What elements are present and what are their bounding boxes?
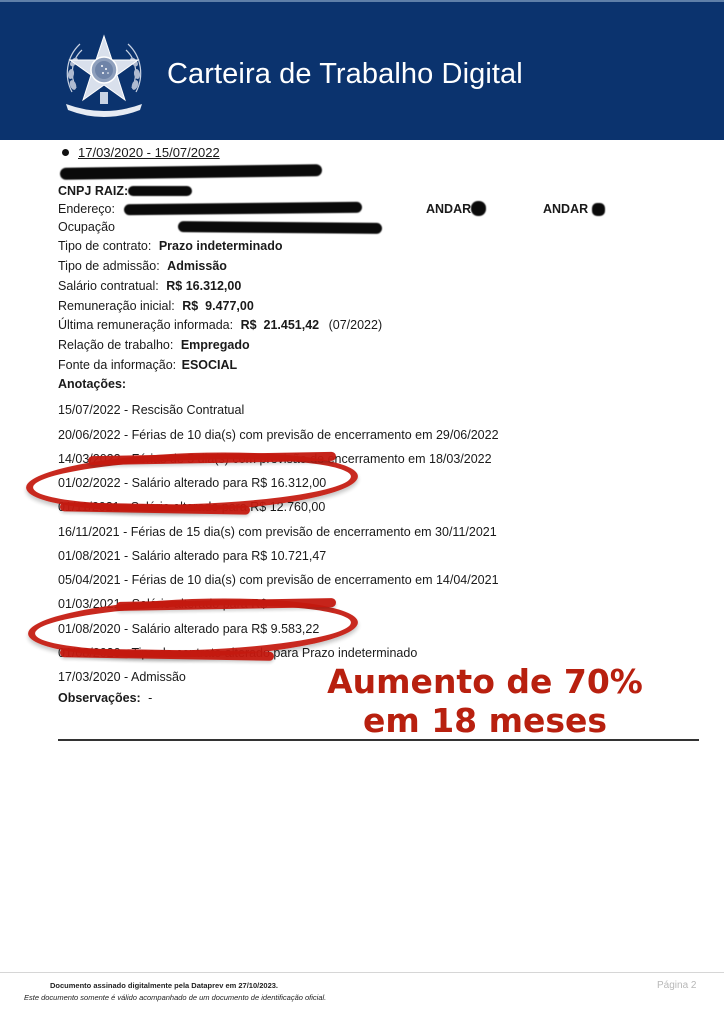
redacted-andar-2 bbox=[592, 203, 605, 216]
observations-row: Observações: - bbox=[58, 691, 152, 705]
footer-divider bbox=[0, 972, 724, 973]
annotation-item: 15/07/2022 - Rescisão Contratual bbox=[58, 403, 244, 417]
app-title: Carteira de Trabalho Digital bbox=[167, 58, 523, 91]
bullet-icon bbox=[62, 149, 69, 156]
occupation-row: Ocupação bbox=[58, 220, 115, 234]
brazil-coat-of-arms-icon bbox=[58, 32, 150, 120]
address-row: Endereço: bbox=[58, 202, 115, 216]
overlay-line-1: Aumento de 70% bbox=[300, 662, 670, 701]
annotation-item: 01/08/2021 - Salário alterado para R$ 10… bbox=[58, 549, 326, 563]
footer-validity-note: Este documento somente é válido acompanh… bbox=[24, 993, 326, 1002]
footer-signature-note: Documento assinado digitalmente pela Dat… bbox=[50, 981, 278, 990]
employment-period-link[interactable]: 17/03/2020 - 15/07/2022 bbox=[78, 145, 220, 160]
annotation-item: 20/06/2022 - Férias de 10 dia(s) com pre… bbox=[58, 428, 499, 442]
redacted-address bbox=[124, 202, 362, 215]
field-initial-remuneration: Remuneração inicial: R$ 9.477,00 bbox=[58, 299, 254, 313]
redacted-occupation bbox=[178, 221, 382, 234]
app-header: Carteira de Trabalho Digital bbox=[0, 0, 724, 140]
redacted-andar-1 bbox=[471, 201, 486, 216]
field-contract-type: Tipo de contrato: Prazo indeterminado bbox=[58, 239, 282, 253]
occupation-label: Ocupação bbox=[58, 220, 115, 234]
employment-period: 17/03/2020 - 15/07/2022 bbox=[62, 145, 220, 160]
field-admission-type: Tipo de admissão: Admissão bbox=[58, 259, 227, 273]
redacted-cnpj bbox=[128, 186, 192, 196]
section-divider bbox=[58, 739, 699, 741]
field-contract-salary: Salário contratual: R$ 16.312,00 bbox=[58, 279, 241, 293]
annotation-item: 16/11/2021 - Férias de 15 dia(s) com pre… bbox=[58, 525, 497, 539]
page-number: Página 2 bbox=[657, 980, 696, 991]
overlay-callout: Aumento de 70% em 18 meses bbox=[300, 662, 670, 740]
redacted-employer-name bbox=[60, 164, 322, 180]
cnpj-label: CNPJ RAIZ: bbox=[58, 184, 128, 198]
annotation-item: 05/04/2021 - Férias de 10 dia(s) com pre… bbox=[58, 573, 499, 587]
overlay-line-2: em 18 meses bbox=[300, 701, 670, 740]
field-last-remuneration: Última remuneração informada: R$ 21.451,… bbox=[58, 318, 382, 332]
address-label: Endereço: bbox=[58, 202, 115, 216]
annotation-item: 17/03/2020 - Admissão bbox=[58, 670, 186, 684]
andar-label-2: ANDAR bbox=[543, 202, 588, 216]
andar-label-1: ANDAR bbox=[426, 202, 471, 216]
cnpj-row: CNPJ RAIZ: bbox=[58, 184, 128, 198]
annotations-heading: Anotações: bbox=[58, 377, 126, 391]
field-work-relation: Relação de trabalho: Empregado bbox=[58, 338, 250, 352]
field-info-source: Fonte da informação: ESOCIAL bbox=[58, 358, 237, 372]
